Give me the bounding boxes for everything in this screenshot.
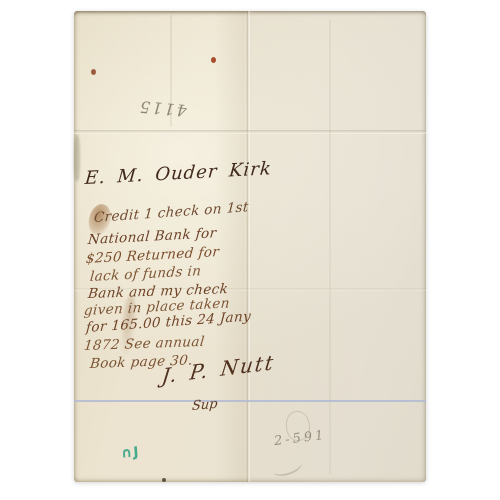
pencil-number-note-top: 4115 bbox=[137, 97, 187, 120]
center-fold-seam bbox=[245, 11, 251, 482]
letter-paper: 4115 E. M. Ouder Kirk Credit 1 check on … bbox=[74, 11, 426, 482]
horizontal-crease bbox=[74, 130, 426, 134]
right-leaf-shading bbox=[251, 11, 426, 482]
green-pencil-mark: ∩J bbox=[120, 444, 140, 461]
paper-speck bbox=[162, 478, 166, 482]
photo-background: 4115 E. M. Ouder Kirk Credit 1 check on … bbox=[0, 0, 500, 500]
ink-spot bbox=[211, 57, 216, 63]
ink-spot bbox=[91, 69, 96, 75]
blue-ruled-line bbox=[74, 400, 426, 402]
vertical-crease-faint bbox=[329, 19, 331, 474]
edge-stain bbox=[74, 135, 80, 181]
letter-line: 1872 See annual bbox=[83, 334, 205, 354]
signature-title: Sup bbox=[191, 397, 218, 414]
